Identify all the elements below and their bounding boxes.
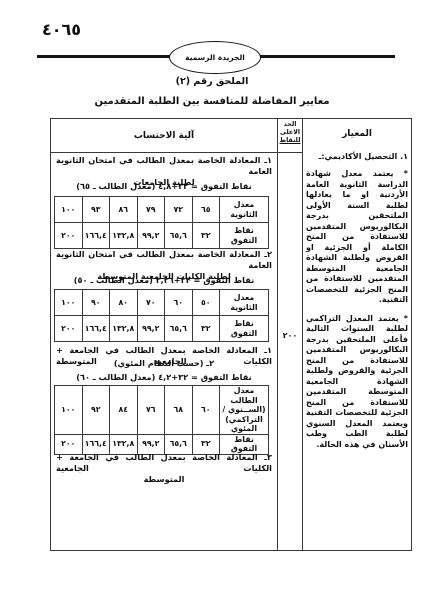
page-number: ٤٠٦٥ (42, 20, 81, 39)
cell: ١٠٠ (55, 386, 83, 435)
calculation-header: آلية الاحتساب (51, 119, 277, 153)
criterion-heading: ١. التحصيل الأكاديمي:ـ (306, 152, 408, 161)
cell: ٨٤ (110, 386, 138, 435)
cell: ١٣٢,٨ (110, 434, 138, 454)
cell: ٨٠ (110, 290, 138, 316)
max-points-header-line3: للنقاط (280, 137, 301, 145)
cell: ١٣٢,٨ (110, 316, 138, 342)
cell: ٨٦ (110, 197, 138, 223)
section-2-line1: ٢ـ المعادلة الخاصة بمعدل الطالب في امتحا… (51, 249, 277, 271)
table-row: نقاط التفوق ٣٢ ٦٥,٦ ٩٩,٢ ١٣٢,٨ ١٦٦,٤ ٢٠٠ (55, 223, 269, 249)
table-row: نقاط التفوق ٣٢ ٦٥,٦ ٩٩,٢ ١٣٢,٨ ١٦٦,٤ ٢٠٠ (55, 316, 269, 342)
section-1-line1: ١ـ المعادلة الخاصة بمعدل الطالب في امتحا… (51, 155, 277, 177)
table-row: نقاط التفوق ٣٢ ٦٥,٦ ٩٩,٢ ١٣٢,٨ ١٦٦,٤ ٢٠٠ (55, 434, 269, 454)
cell: ٦٥ (192, 197, 220, 223)
criteria-table: المعيار ١. التحصيل الأكاديمي:ـ * يعتمد م… (50, 118, 412, 551)
criterion-bullet-1: * يعتمد معدل شهادة الدراسة الثانوية العا… (306, 169, 408, 306)
cell: ٧٢ (165, 197, 193, 223)
cell: ٦٠ (192, 386, 220, 435)
section-4-line2: المتوسطة (51, 474, 277, 485)
row-label: نقاط التفوق (220, 316, 269, 342)
cell: ٩٩,٢ (137, 316, 165, 342)
section-3-line2: ٢ـ (حسب النظام المئوي) (51, 358, 277, 369)
cell: ٦٨ (165, 386, 193, 435)
cell: ٩٩,٢ (137, 223, 165, 249)
formula-1: نقاط التفوق = ٣٢+٤,٨ (معدل الطالب ـ ٦٥) (51, 181, 277, 192)
cell: ٥٠ (192, 290, 220, 316)
row-label: معدل الطالب (الســنوي /التراكمي) المئوي (220, 386, 269, 435)
row-label: نقاط التفوق (220, 223, 269, 249)
criterion-column: المعيار ١. التحصيل الأكاديمي:ـ * يعتمد م… (302, 119, 411, 550)
formula-2: نقاط التفوق = ٣٢+٣,٣٦ (معدل الطالب ـ ٥٠) (51, 275, 277, 286)
row-label: معدل الثانوية (220, 290, 269, 316)
cell: ١٠٠ (55, 197, 83, 223)
gazette-stamp-label: الجريدة الرسمية (185, 53, 245, 62)
conversion-table-1: معدل الثانوية ٦٥ ٧٢ ٧٩ ٨٦ ٩٣ ١٠٠ نقاط ال… (54, 196, 269, 249)
cell: ٧٠ (137, 290, 165, 316)
cell: ٩٢ (82, 386, 110, 435)
criterion-header: المعيار (306, 119, 408, 149)
cell: ٩٣ (82, 197, 110, 223)
cell: ٦٥,٦ (165, 223, 193, 249)
cell: ٦٠ (165, 290, 193, 316)
cell: ١٦٦,٤ (82, 316, 110, 342)
cell: ٢٠٠ (55, 223, 83, 249)
cell: ١٦٦,٤ (82, 223, 110, 249)
gazette-stamp-oval: الجريدة الرسمية (169, 41, 261, 74)
section-4-line1: ٣ـ المعادلة الخاصة بمعدل الطالب في الجام… (51, 452, 277, 474)
cell: ٩٩,٢ (137, 434, 165, 454)
table-row: معدل الثانوية ٦٥ ٧٢ ٧٩ ٨٦ ٩٣ ١٠٠ (55, 197, 269, 223)
cell: ٩٠ (82, 290, 110, 316)
document-title: معايير المفاضلة للمنافسة بين الطلبة المت… (0, 96, 424, 107)
row-label: معدل الثانوية (220, 197, 269, 223)
max-points-header-line1: الحد (284, 121, 297, 129)
cell: ٣٢ (192, 316, 220, 342)
gazette-page: ٤٠٦٥ الجريدة الرسمية الملحق رقم (٢) معاي… (0, 0, 424, 600)
cell: ٢٠٠ (55, 434, 83, 454)
conversion-table-2: معدل الثانوية ٥٠ ٦٠ ٧٠ ٨٠ ٩٠ ١٠٠ نقاط ال… (54, 289, 269, 342)
cell: ١٦٦,٤ (82, 434, 110, 454)
formula-3: نقاط التفوق = ٣٢+٤,٢ (معدل الطالب ـ ٦٠) (51, 372, 277, 383)
max-points-column: الحد الاعلى للنقاط ٢٠٠ (277, 119, 302, 550)
max-points-value: ٢٠٠ (278, 331, 302, 340)
cell: ٣٢ (192, 434, 220, 454)
max-points-header-line2: الاعلى (280, 129, 300, 137)
cell: ٦٥,٦ (165, 316, 193, 342)
section-4-title: ٣ـ المعادلة الخاصة بمعدل الطالب في الجام… (51, 452, 277, 485)
annex-title: الملحق رقم (٢) (0, 76, 424, 87)
cell: ٧٦ (137, 386, 165, 435)
cell: ٦٥,٦ (165, 434, 193, 454)
calculation-column: آلية الاحتساب ١ـ المعادلة الخاصة بمعدل ا… (51, 119, 277, 550)
row-label: نقاط التفوق (220, 434, 269, 454)
conversion-table-3: معدل الطالب (الســنوي /التراكمي) المئوي … (54, 385, 269, 455)
cell: ٧٩ (137, 197, 165, 223)
table-row: معدل الطالب (الســنوي /التراكمي) المئوي … (55, 386, 269, 435)
cell: ١٣٢,٨ (110, 223, 138, 249)
cell: ٣٢ (192, 223, 220, 249)
criterion-bullet-2: * يعتمد المعدل التراكمي لطلبة السنوات ال… (306, 314, 408, 451)
table-row: معدل الثانوية ٥٠ ٦٠ ٧٠ ٨٠ ٩٠ ١٠٠ (55, 290, 269, 316)
cell: ٢٠٠ (55, 316, 83, 342)
cell: ١٠٠ (55, 290, 83, 316)
max-points-header: الحد الاعلى للنقاط (278, 119, 302, 153)
